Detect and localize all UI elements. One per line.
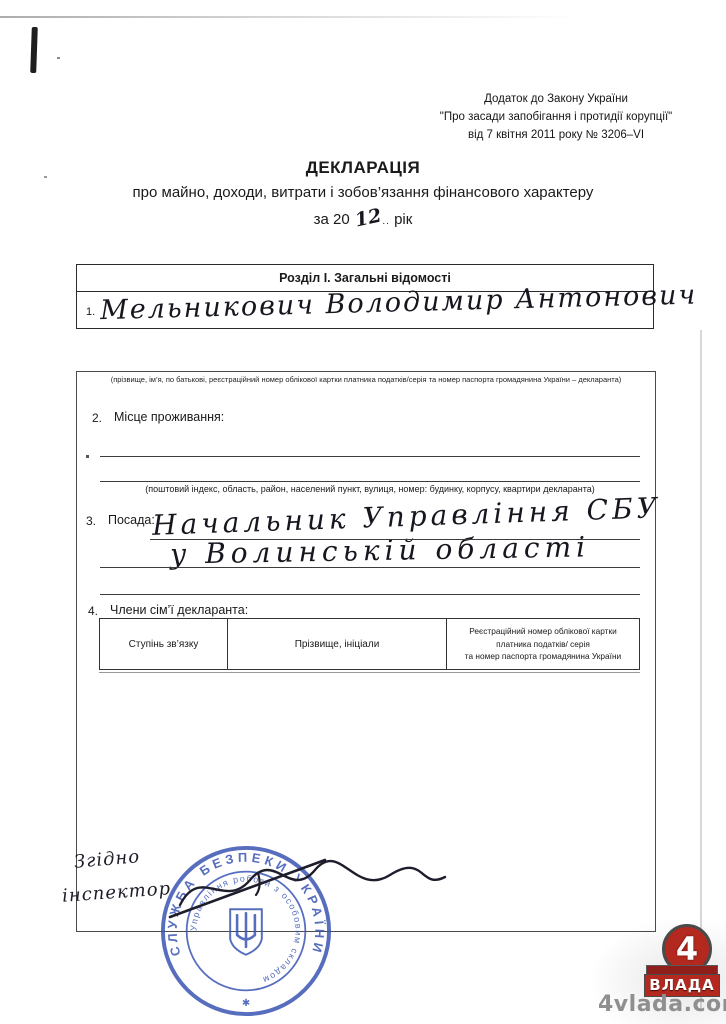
blank-line <box>100 594 640 595</box>
item4-label: Члени сім’ї декларанта: <box>110 603 248 617</box>
item3-number: 3. <box>86 514 96 528</box>
annex-line-3: від 7 квітня 2011 року № 3206–VI <box>400 126 712 144</box>
family-members-table: Ступінь зв’язку Прізвище, ініціали Реєст… <box>99 618 640 670</box>
blank-line <box>100 567 640 568</box>
item2-label: Місце проживання: <box>114 410 224 424</box>
handwritten-signature <box>140 835 460 945</box>
law-annex-reference: Додаток до Закону України "Про засади за… <box>400 90 712 144</box>
scan-speck <box>57 57 60 59</box>
item4-number: 4. <box>88 604 98 618</box>
item2-caption: (поштовий індекс, область, район, населе… <box>120 484 620 494</box>
item3-label: Посада: <box>108 513 155 527</box>
blank-line <box>100 456 640 457</box>
blank-line <box>100 481 640 482</box>
annex-line-1: Додаток до Закону України <box>400 90 712 108</box>
year-suffix: рік <box>390 211 412 228</box>
annex-line-2: "Про засади запобігання і протидії коруп… <box>400 108 712 126</box>
blank-line <box>150 539 640 540</box>
table-header-surname: Прізвище, ініціали <box>228 619 447 669</box>
item1-number: 1. <box>86 306 95 318</box>
handwritten-year: 12 <box>353 204 383 231</box>
year-prefix: за 20 <box>314 211 350 228</box>
item1-caption: (прізвище, ім’я, по батькові, реєстрацій… <box>78 375 654 384</box>
table-header-relation: Ступінь зв’язку <box>100 619 228 669</box>
document-year-line: за 20 12.. рік <box>0 207 726 229</box>
watermark-site-url: 4vlada.com <box>598 992 726 1017</box>
pen-mark-artifact <box>30 27 38 73</box>
scanned-declaration-document: { "header": { "annex_line1": "Додаток до… <box>0 0 726 1024</box>
scan-streak-artifact <box>0 16 580 18</box>
stamp-bottom-mark: ✱ <box>242 998 250 1009</box>
scan-edge-shadow <box>700 330 702 1010</box>
document-subtitle: про майно, доходи, витрати і зобов’язанн… <box>0 184 726 201</box>
document-title: ДЕКЛАРАЦІЯ <box>0 158 726 178</box>
item2-number: 2. <box>92 411 102 425</box>
table-border-smudge <box>99 672 640 673</box>
table-header-taxid: Реєстраційний номер облікової картки пла… <box>447 619 639 669</box>
